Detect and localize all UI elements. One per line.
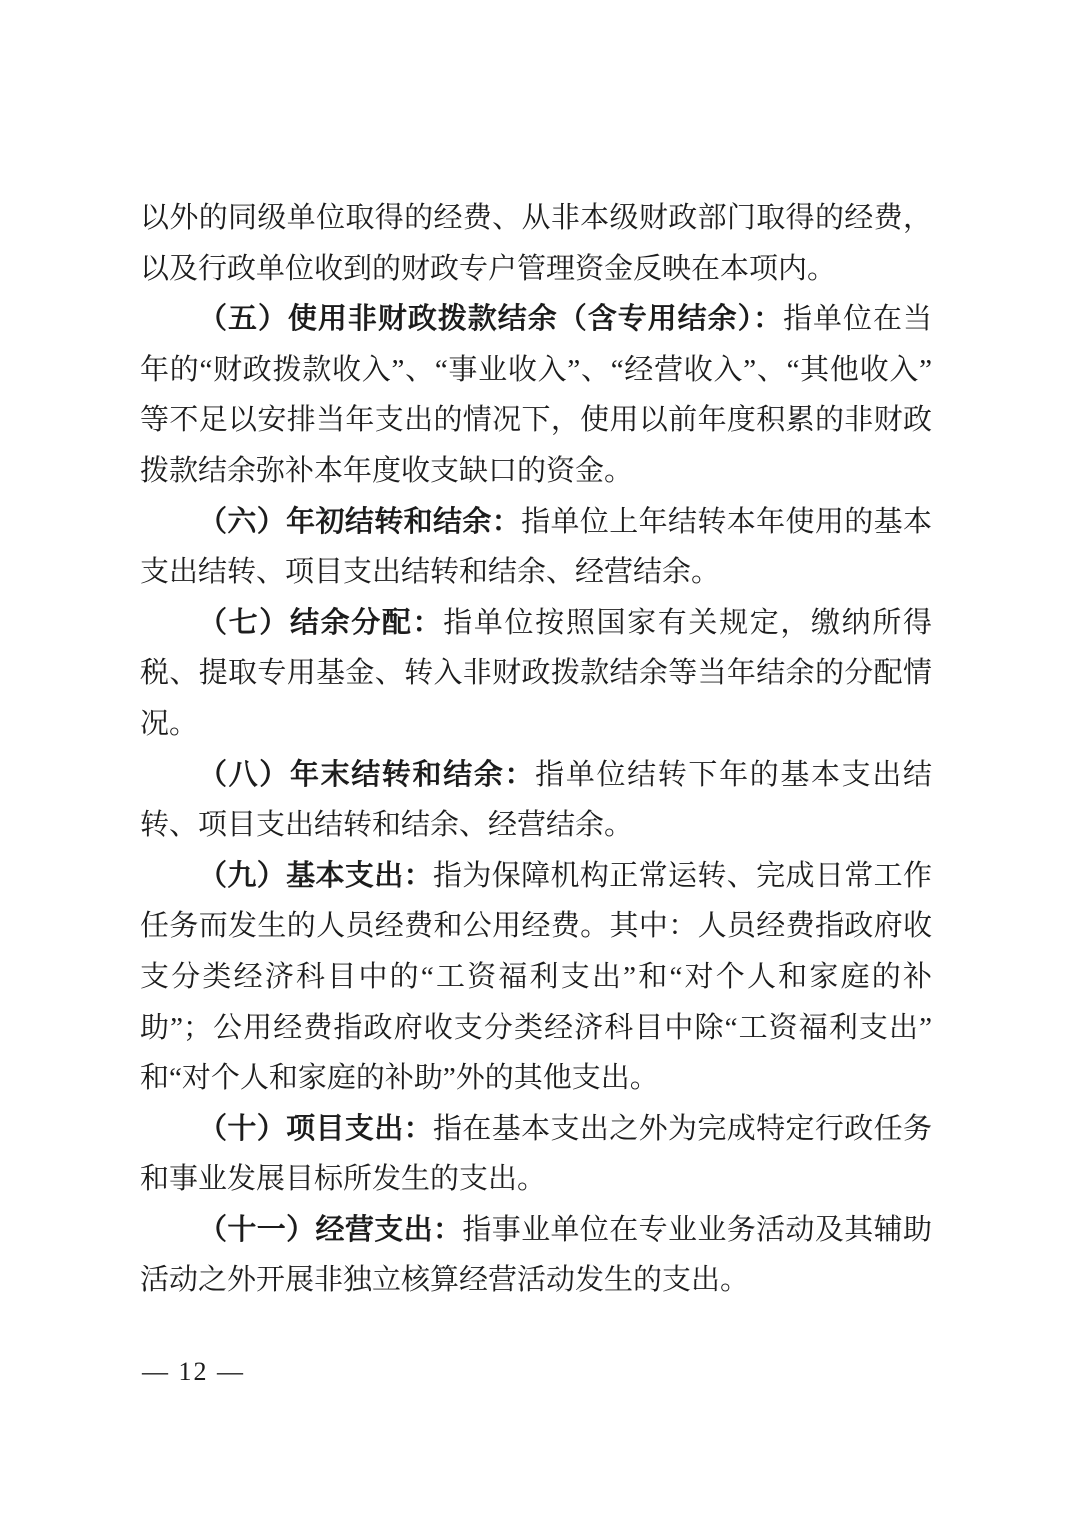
paragraph-head: （十一）经营支出： [198,1214,462,1246]
paragraph-item-9: （九）基本支出：指为保障机构正常运转、完成日常工作任务而发生的人员经费和公用经费… [140,851,932,1104]
paragraph-item-7: （七）结余分配：指单位按照国家有关规定，缴纳所得税、提取专用基金、转入非财政拨款… [140,598,932,750]
paragraph-item-10: （十）项目支出：指在基本支出之外为完成特定行政任务和事业发展目标所发生的支出。 [140,1104,932,1205]
text-content: 以外的同级单位取得的经费、从非本级财政部门取得的经费，以及行政单位收到的财政专户… [140,193,932,1306]
paragraph-item-11: （十一）经营支出：指事业单位在专业业务活动及其辅助活动之外开展非独立核算经营活动… [140,1205,932,1306]
paragraph-body: 指为保障机构正常运转、完成日常工作任务而发生的人员经费和公用经费。其中：人员经费… [140,860,932,1094]
paragraph-head: （七）结余分配： [198,607,443,639]
paragraph-head: （八）年末结转和结余： [198,759,535,791]
document-page: 以外的同级单位取得的经费、从非本级财政部门取得的经费，以及行政单位收到的财政专户… [0,0,1069,1515]
paragraph-item-6: （六）年初结转和结余：指单位上年结转本年使用的基本支出结转、项目支出结转和结余、… [140,497,932,598]
paragraph-head: （五）使用非财政拨款结余（含专用结余）： [198,303,783,335]
paragraph-item-8: （八）年末结转和结余：指单位结转下年的基本支出结转、项目支出结转和结余、经营结余… [140,750,932,851]
page-number: — 12 — [142,1357,245,1387]
paragraph-item-5: （五）使用非财政拨款结余（含专用结余）：指单位在当年的“财政拨款收入”、“事业收… [140,294,932,496]
paragraph-body: 以外的同级单位取得的经费、从非本级财政部门取得的经费，以及行政单位收到的财政专户… [140,202,932,285]
paragraph-head: （九）基本支出： [198,860,433,892]
paragraph-head: （六）年初结转和结余： [198,506,521,538]
paragraph-head: （十）项目支出： [198,1113,433,1145]
paragraph-continuation: 以外的同级单位取得的经费、从非本级财政部门取得的经费，以及行政单位收到的财政专户… [140,193,932,294]
